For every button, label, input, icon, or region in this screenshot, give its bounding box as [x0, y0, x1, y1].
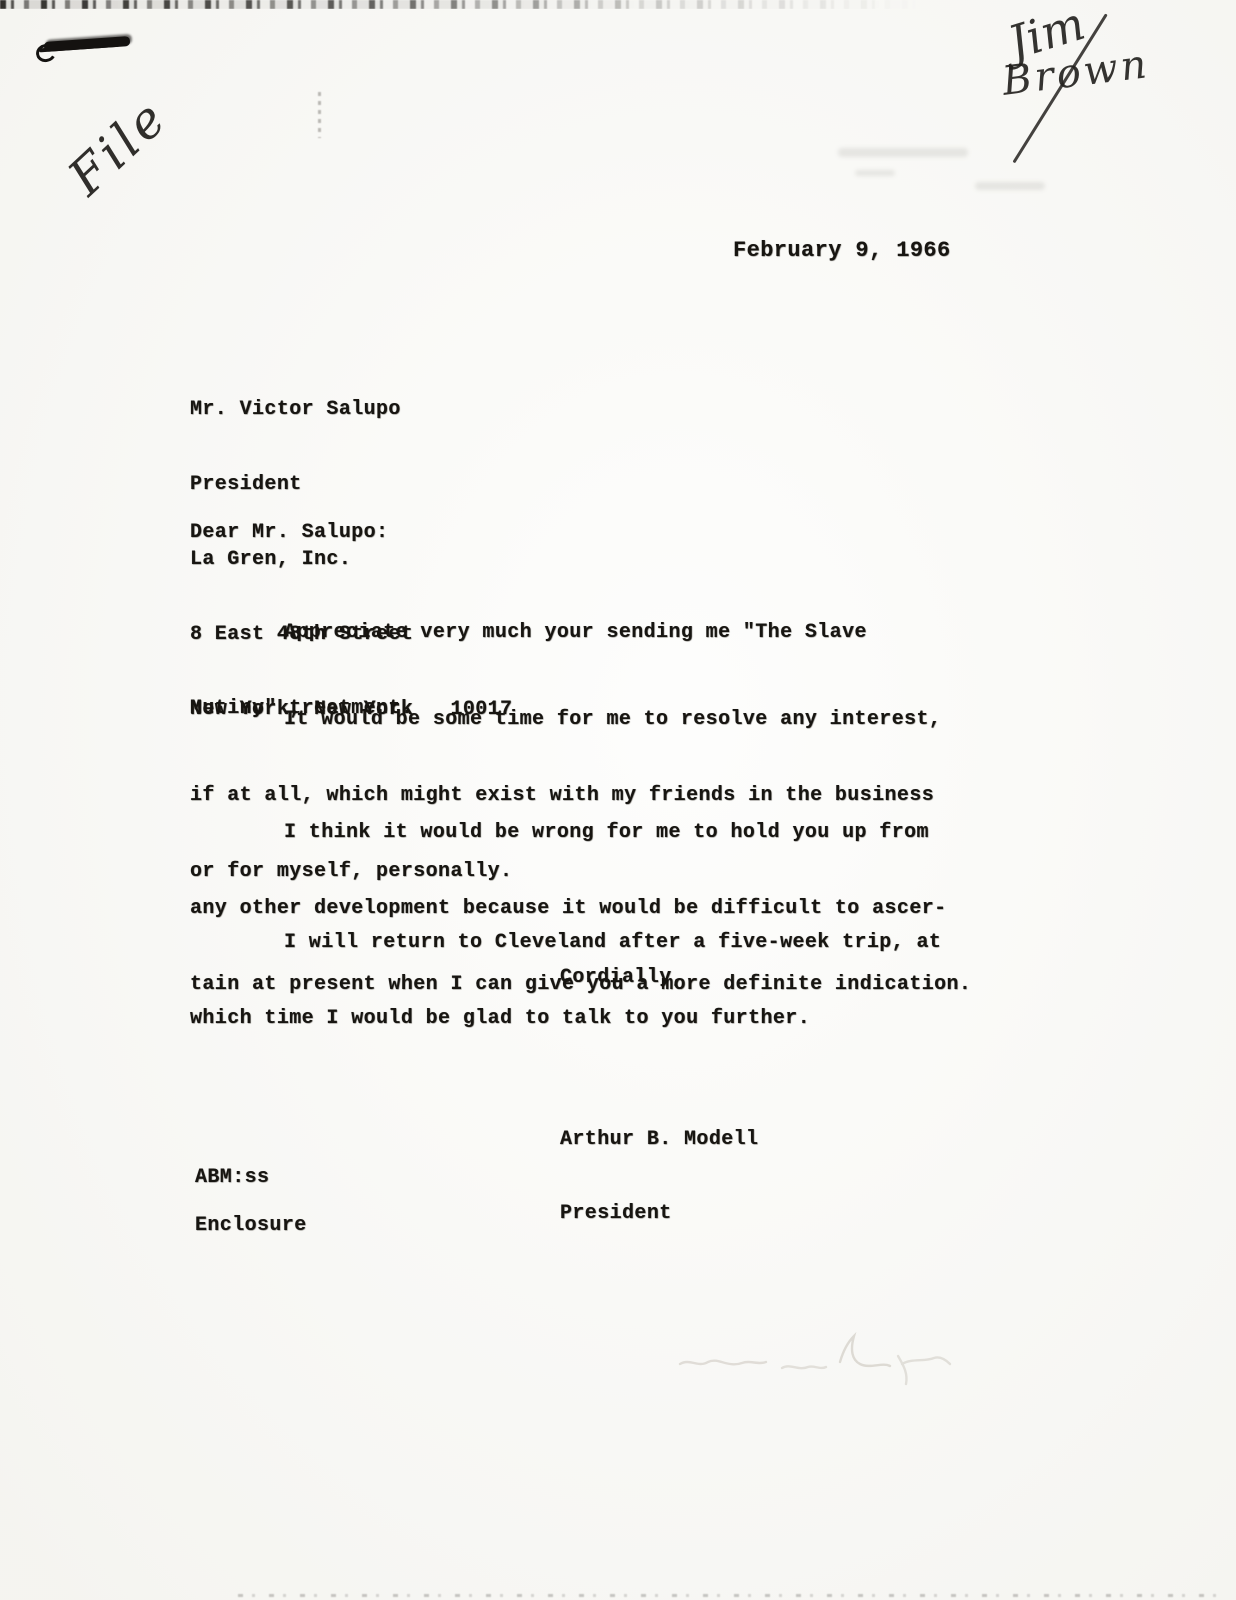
- scan-edge-speckle: [238, 1594, 1228, 1597]
- scan-noise-band: [0, 0, 920, 9]
- scanned-letter-page: File Jim Brown February 9, 1966 Mr. Vict…: [0, 0, 1236, 1600]
- ink-streak-mark: [44, 36, 130, 52]
- recipient-name: Mr. Victor Salupo: [190, 395, 512, 424]
- letter-date: February 9, 1966: [733, 238, 951, 263]
- paragraph-line: It would be some time for me to resolve …: [190, 705, 941, 735]
- paragraph-line: Appreciate very much your sending me "Th…: [190, 618, 867, 648]
- faint-pencil-scribble: [672, 1318, 972, 1390]
- signatory-title: President: [560, 1200, 758, 1228]
- handwritten-file-note: File: [57, 88, 179, 207]
- scan-speck-mark: [318, 92, 321, 138]
- enclosure-note: Enclosure: [195, 1214, 307, 1237]
- scan-smudge: [975, 182, 1045, 190]
- signatory-name: Arthur B. Modell: [560, 1126, 758, 1154]
- scan-smudge: [838, 148, 968, 157]
- paragraph-line: I will return to Cleveland after a five-…: [190, 928, 941, 958]
- recipient-company: La Gren, Inc.: [190, 545, 512, 574]
- paragraph-line: I think it would be wrong for me to hold…: [190, 818, 971, 848]
- reference-initials: ABM:ss: [195, 1166, 269, 1189]
- salutation: Dear Mr. Salupo:: [190, 521, 388, 544]
- scan-smudge: [855, 170, 895, 176]
- recipient-title: President: [190, 470, 512, 499]
- paragraph-line: which time I would be glad to talk to yo…: [190, 1004, 941, 1034]
- signature-block: Arthur B. Modell President: [560, 1080, 758, 1274]
- complimentary-closing: Cordially,: [560, 966, 684, 989]
